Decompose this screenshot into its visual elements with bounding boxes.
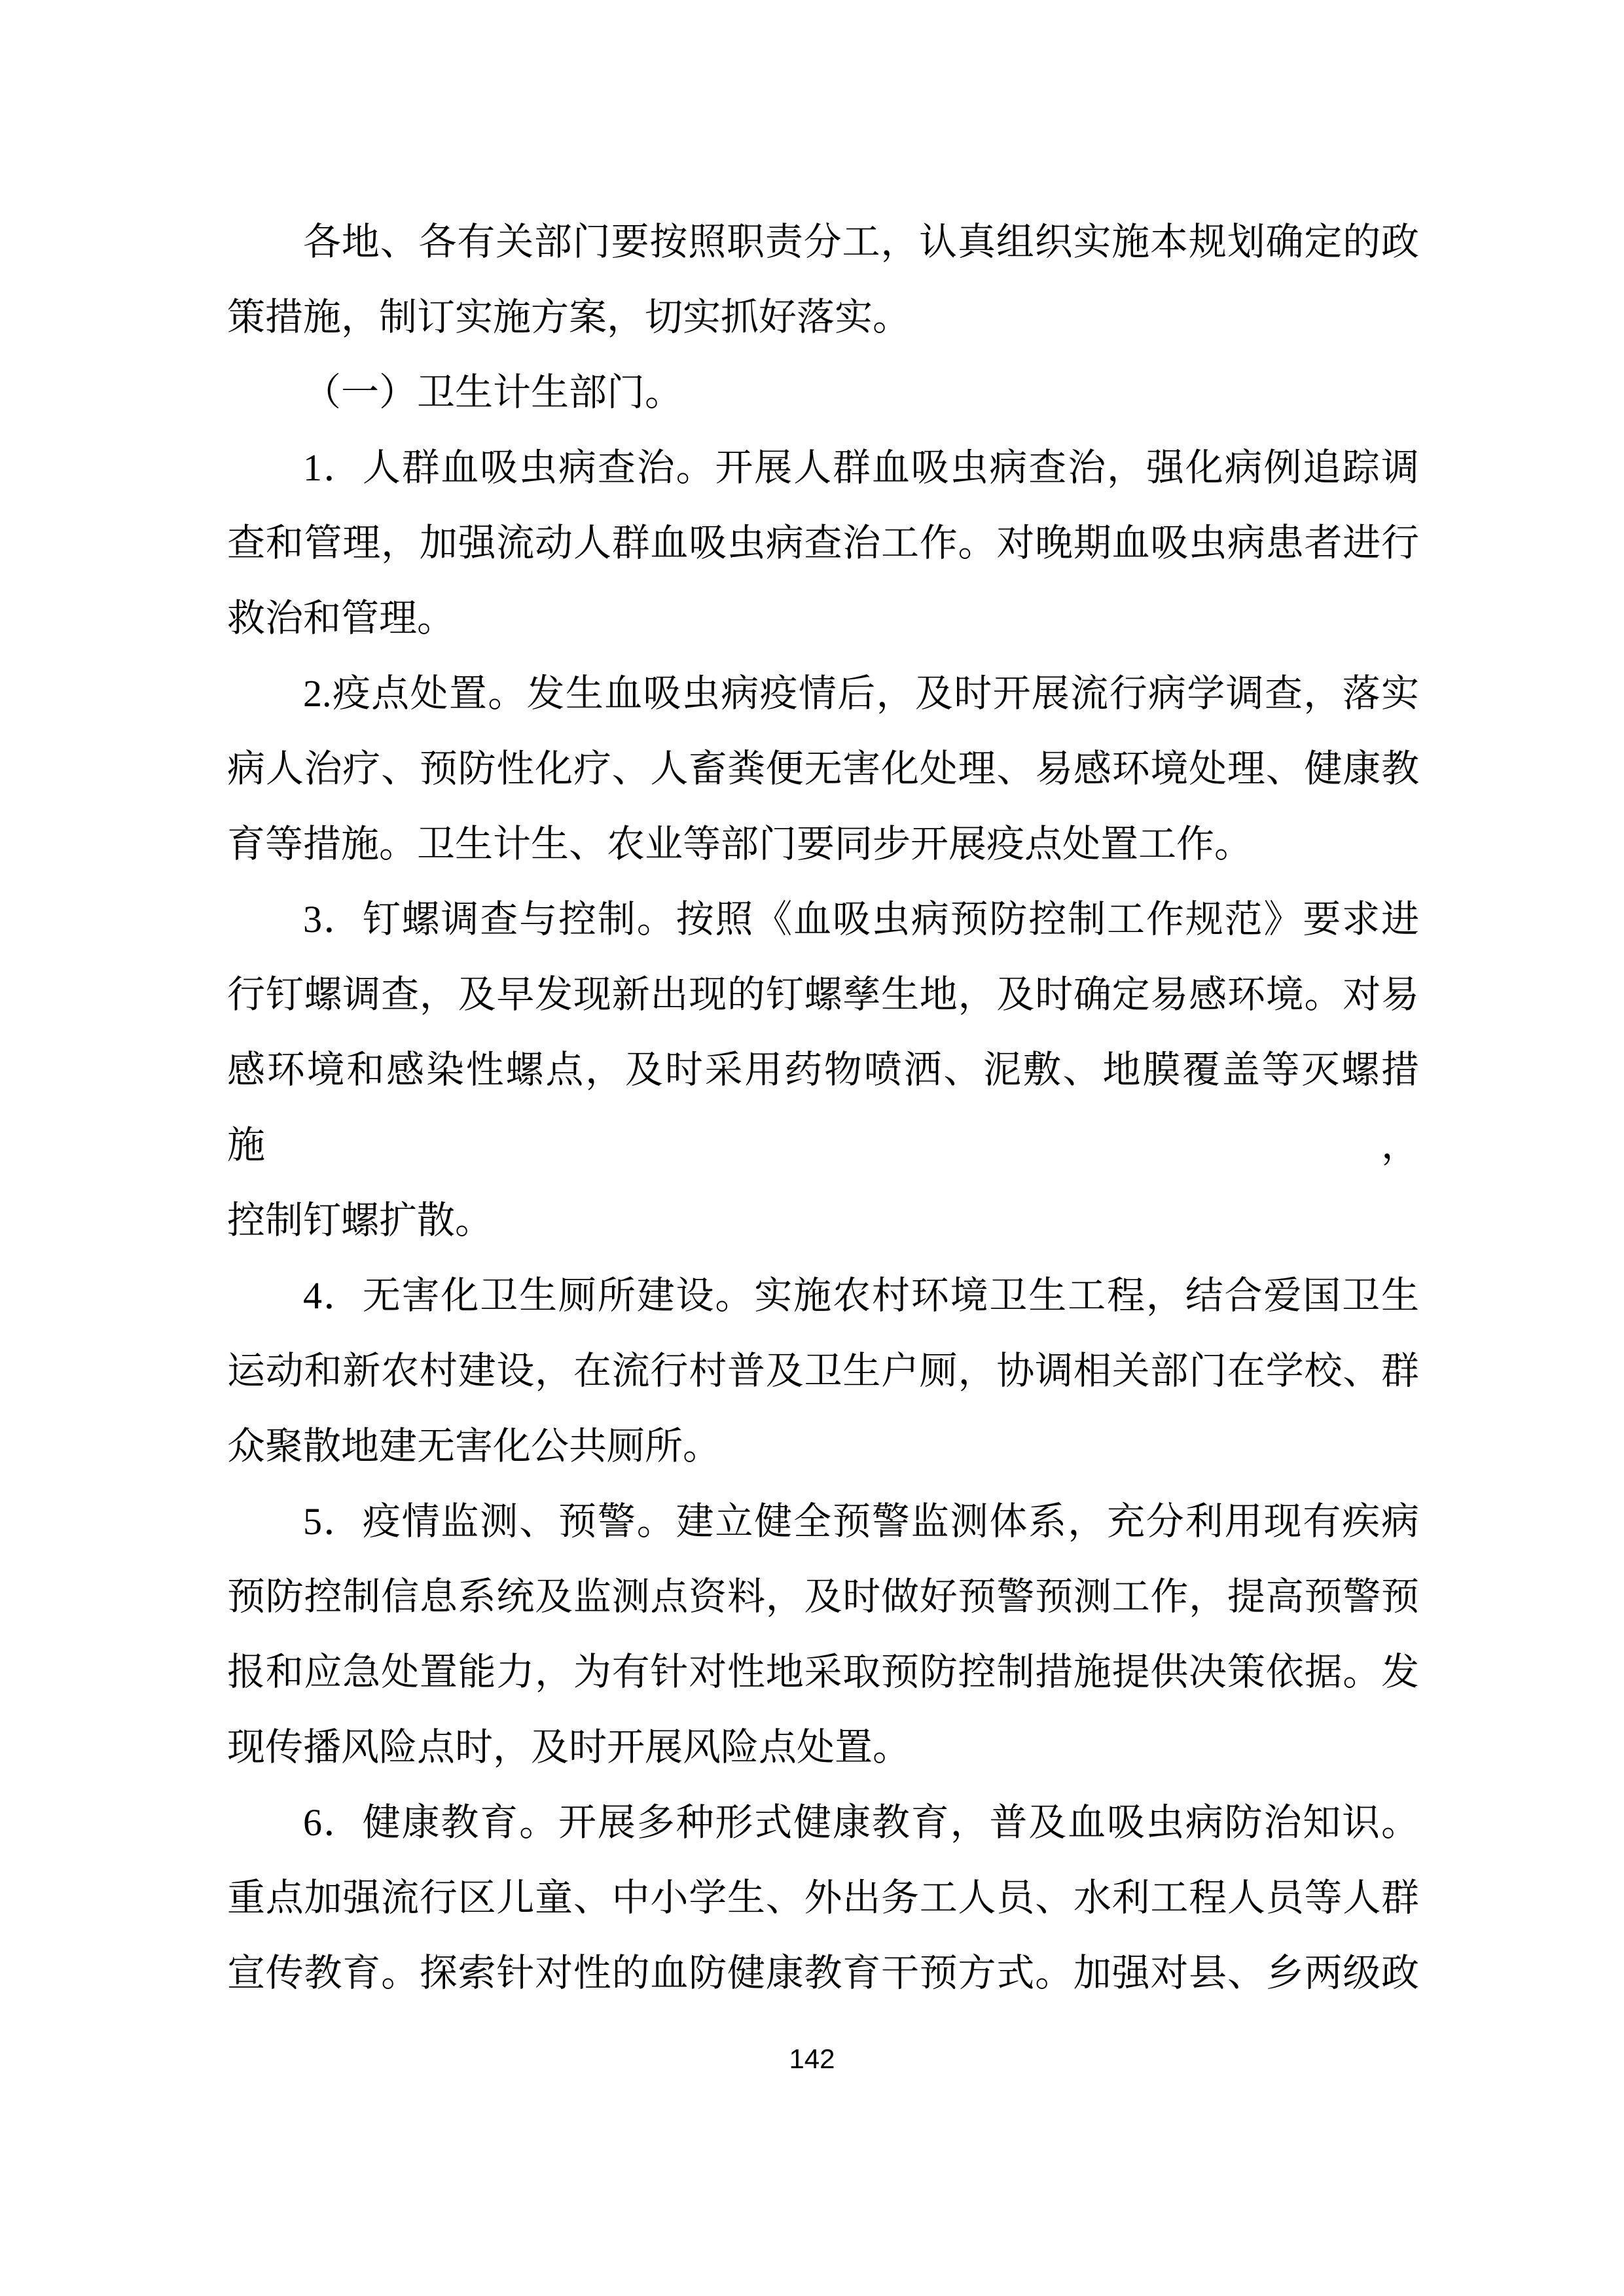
text-line: 重点加强流行区儿童、中小学生、外出务工人员、水利工程人员等人群	[227, 1860, 1419, 1935]
text-line: 病人治疗、预防性化疗、人畜粪便无害化处理、易感环境处理、健康教	[227, 731, 1419, 806]
text-line: 现传播风险点时，及时开展风险点处置。	[227, 1710, 1419, 1785]
text-line: 3．钉螺调查与控制。按照《血吸虫病预防控制工作规范》要求进	[227, 882, 1419, 957]
text-line: 行钉螺调查，及早发现新出现的钉螺孳生地，及时确定易感环境。对易	[227, 957, 1419, 1032]
text-line: 控制钉螺扩散。	[227, 1183, 1419, 1258]
text-line: 策措施，制订实施方案，切实抓好落实。	[227, 279, 1419, 355]
text-line: 各地、各有关部门要按照职责分工，认真组织实施本规划确定的政	[227, 204, 1419, 279]
paragraph-item-3: 3．钉螺调查与控制。按照《血吸虫病预防控制工作规范》要求进 行钉螺调查，及早发现…	[227, 882, 1419, 1258]
text-line: 宣传教育。探索针对性的血防健康教育干预方式。加强对县、乡两级政	[227, 1935, 1419, 2011]
section-heading-line: （一）卫生计生部门。	[227, 355, 1419, 430]
text-line: 运动和新农村建设，在流行村普及卫生户厕，协调相关部门在学校、群	[227, 1333, 1419, 1408]
text-line: 5．疫情监测、预警。建立健全预警监测体系，充分利用现有疾病	[227, 1484, 1419, 1559]
text-line: 4．无害化卫生厕所建设。实施农村环境卫生工程，结合爱国卫生	[227, 1258, 1419, 1333]
text-line: 育等措施。卫生计生、农业等部门要同步开展疫点处置工作。	[227, 806, 1419, 882]
paragraph: 各地、各有关部门要按照职责分工，认真组织实施本规划确定的政 策措施，制订实施方案…	[227, 204, 1419, 355]
paragraph-item-5: 5．疫情监测、预警。建立健全预警监测体系，充分利用现有疾病 预防控制信息系统及监…	[227, 1484, 1419, 1785]
text-line: 报和应急处置能力，为有针对性地采取预防控制措施提供决策依据。发	[227, 1634, 1419, 1710]
paragraph-item-6: 6．健康教育。开展多种形式健康教育，普及血吸虫病防治知识。 重点加强流行区儿童、…	[227, 1785, 1419, 2011]
text-line: 1．人群血吸虫病查治。开展人群血吸虫病查治，强化病例追踪调	[227, 430, 1419, 505]
paragraph-item-4: 4．无害化卫生厕所建设。实施农村环境卫生工程，结合爱国卫生 运动和新农村建设，在…	[227, 1258, 1419, 1484]
document-body: 各地、各有关部门要按照职责分工，认真组织实施本规划确定的政 策措施，制订实施方案…	[227, 204, 1419, 2011]
page-number: 142	[0, 2043, 1624, 2075]
text-line: 众聚散地建无害化公共厕所。	[227, 1408, 1419, 1484]
paragraph-section-heading: （一）卫生计生部门。	[227, 355, 1419, 430]
text-line: 预防控制信息系统及监测点资料，及时做好预警预测工作，提高预警预	[227, 1559, 1419, 1634]
document-page: 各地、各有关部门要按照职责分工，认真组织实施本规划确定的政 策措施，制订实施方案…	[0, 0, 1624, 2296]
text-line: 2.疫点处置。发生血吸虫病疫情后，及时开展流行病学调查，落实	[227, 656, 1419, 731]
text-line: 救治和管理。	[227, 581, 1419, 656]
text-line: 6．健康教育。开展多种形式健康教育，普及血吸虫病防治知识。	[227, 1785, 1419, 1860]
paragraph-item-2: 2.疫点处置。发生血吸虫病疫情后，及时开展流行病学调查，落实 病人治疗、预防性化…	[227, 656, 1419, 882]
text-line: 查和管理，加强流动人群血吸虫病查治工作。对晚期血吸虫病患者进行	[227, 505, 1419, 581]
paragraph-item-1: 1．人群血吸虫病查治。开展人群血吸虫病查治，强化病例追踪调 查和管理，加强流动人…	[227, 430, 1419, 656]
text-line: 感环境和感染性螺点，及时采用药物喷洒、泥敷、地膜覆盖等灭螺措施，	[227, 1032, 1419, 1183]
